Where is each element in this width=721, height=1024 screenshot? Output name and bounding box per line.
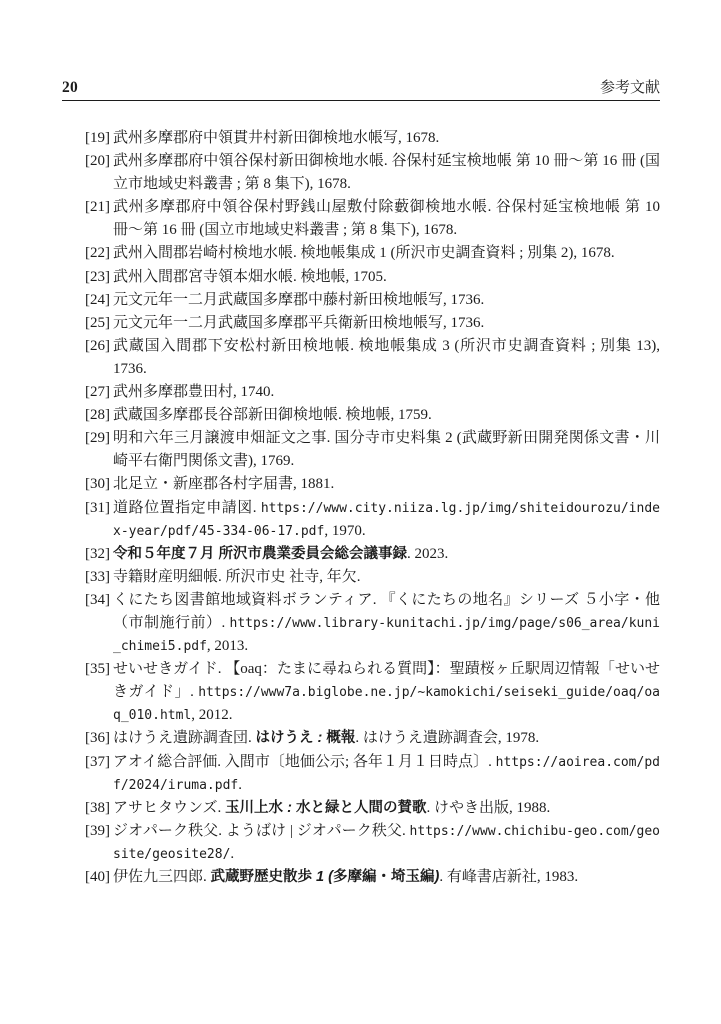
reference-item: [33] 寺籍財産明細帳. 所沢市史 社寺, 年欠. <box>85 566 660 589</box>
reference-number: [39] <box>85 820 110 843</box>
reference-text-segment: 概報 <box>326 730 355 746</box>
reference-text-segment: 武州入間郡宮寺領本畑水帳. 検地帳, 1705. <box>113 269 387 285</box>
reference-text-segment: 1 ( <box>312 869 333 885</box>
reference-text: 武州多摩郡府中領谷保村野銭山屋敷付除藪御検地水帳. 谷保村延宝検地帳 第 10 … <box>113 199 660 238</box>
reference-number: [25] <box>85 312 110 335</box>
reference-item: [38] アサヒタウンズ. 玉川上水 : 水と緑と人間の賛歌. けやき出版, 1… <box>85 797 660 820</box>
reference-item: [34] くにたち図書館地域資料ボランティア. 『くにたちの地名』シリーズ ５小… <box>85 589 660 658</box>
reference-text-segment: . けやき出版, 1988. <box>426 800 550 816</box>
reference-item: [32] 令和５年度７月 所沢市農業委員会総会議事録. 2023. <box>85 543 660 566</box>
reference-item: [29] 明和六年三月譲渡申畑証文之事. 国分寺市史料集 2 (武蔵野新田開発関… <box>85 427 660 473</box>
reference-text-segment: 武蔵野歴史散歩 <box>211 869 313 885</box>
reference-text-segment: 玉川上水 <box>225 800 283 816</box>
reference-number: [23] <box>85 266 110 289</box>
reference-text: 明和六年三月譲渡申畑証文之事. 国分寺市史料集 2 (武蔵野新田開発関係文書・川… <box>113 430 660 469</box>
reference-text-segment: , 2012. <box>191 707 232 723</box>
reference-number: [21] <box>85 196 110 219</box>
reference-number: [31] <box>85 497 110 520</box>
reference-text-segment: 元文元年一二月武蔵国多摩郡中藤村新田検地帳写, 1736. <box>113 292 484 308</box>
reference-number: [38] <box>85 797 110 820</box>
reference-text: くにたち図書館地域資料ボランティア. 『くにたちの地名』シリーズ ５小字・他（市… <box>113 592 660 654</box>
reference-text-segment: 武州多摩郡府中領谷保村新田御検地水帳. 谷保村延宝検地帳 第 10 冊〜第 16… <box>113 153 660 192</box>
reference-number: [33] <box>85 566 110 589</box>
reference-item: [25] 元文元年一二月武蔵国多摩郡平兵衛新田検地帳写, 1736. <box>85 312 660 335</box>
reference-number: [32] <box>85 543 110 566</box>
reference-text: 武蔵国多摩郡長谷部新田御検地帳. 検地帳, 1759. <box>113 407 432 423</box>
reference-text-segment: 武州入間郡岩崎村検地水帳. 検地帳集成 1 (所沢市史調査資料 ; 別集 2),… <box>113 245 615 261</box>
reference-text-segment: 武州多摩郡豊田村, 1740. <box>113 384 274 400</box>
reference-number: [24] <box>85 289 110 312</box>
page-number: 20 <box>62 79 78 97</box>
reference-text-segment: アオイ総合評価. 入間市〔地価公示; 各年１月１日時点〕. <box>113 754 496 770</box>
reference-text-segment: . 有峰書店新社, 1983. <box>439 869 578 885</box>
reference-text: 伊佐九三四郎. 武蔵野歴史散歩 1 (多摩編・埼玉編). 有峰書店新社, 198… <box>113 869 578 885</box>
reference-number: [19] <box>85 127 110 150</box>
reference-text-segment: はけうえ遺跡調査団. <box>113 730 256 746</box>
reference-item: [28] 武蔵国多摩郡長谷部新田御検地帳. 検地帳, 1759. <box>85 404 660 427</box>
reference-number: [37] <box>85 751 110 774</box>
reference-item: [19] 武州多摩郡府中領貫井村新田御検地水帳写, 1678. <box>85 127 660 150</box>
reference-number: [26] <box>85 335 110 358</box>
reference-item: [23] 武州入間郡宮寺領本畑水帳. 検地帳, 1705. <box>85 266 660 289</box>
reference-item: [37] アオイ総合評価. 入間市〔地価公示; 各年１月１日時点〕. https… <box>85 751 660 797</box>
reference-text-segment: . <box>230 846 234 862</box>
reference-text-segment: 武蔵国多摩郡長谷部新田御検地帳. 検地帳, 1759. <box>113 407 432 423</box>
reference-number: [30] <box>85 473 110 496</box>
reference-number: [20] <box>85 150 110 173</box>
reference-item: [27] 武州多摩郡豊田村, 1740. <box>85 381 660 404</box>
reference-text-segment: はけうえ <box>256 730 314 746</box>
reference-text: 元文元年一二月武蔵国多摩郡中藤村新田検地帳写, 1736. <box>113 292 484 308</box>
reference-number: [22] <box>85 242 110 265</box>
reference-number: [36] <box>85 727 110 750</box>
reference-item: [26] 武蔵国入間郡下安松村新田検地帳. 検地帳集成 3 (所沢市史調査資料 … <box>85 335 660 381</box>
reference-item: [20] 武州多摩郡府中領谷保村新田御検地水帳. 谷保村延宝検地帳 第 10 冊… <box>85 150 660 196</box>
reference-text: 武州多摩郡府中領貫井村新田御検地水帳写, 1678. <box>113 130 439 146</box>
reference-text: アサヒタウンズ. 玉川上水 : 水と緑と人間の賛歌. けやき出版, 1988. <box>113 800 550 816</box>
reference-text-segment: 武州多摩郡府中領貫井村新田御検地水帳写, 1678. <box>113 130 439 146</box>
reference-text: 武州多摩郡府中領谷保村新田御検地水帳. 谷保村延宝検地帳 第 10 冊〜第 16… <box>113 153 660 192</box>
reference-text: 武蔵国入間郡下安松村新田検地帳. 検地帳集成 3 (所沢市史調査資料 ; 別集 … <box>113 338 660 377</box>
reference-text: 武州入間郡宮寺領本畑水帳. 検地帳, 1705. <box>113 269 387 285</box>
reference-item: [21] 武州多摩郡府中領谷保村野銭山屋敷付除藪御検地水帳. 谷保村延宝検地帳 … <box>85 196 660 242</box>
reference-text-segment: , 1970. <box>324 523 365 539</box>
reference-item: [22] 武州入間郡岩崎村検地水帳. 検地帳集成 1 (所沢市史調査資料 ; 別… <box>85 242 660 265</box>
reference-text-segment: 水と緑と人間の賛歌 <box>296 800 427 816</box>
reference-text-segment: : <box>314 730 327 746</box>
reference-text-segment: 伊佐九三四郎. <box>113 869 211 885</box>
references-list: [19] 武州多摩郡府中領貫井村新田御検地水帳写, 1678. [20] 武州多… <box>62 127 660 889</box>
header-title: 参考文献 <box>600 76 660 97</box>
reference-text-segment: . 2023. <box>407 546 448 562</box>
reference-text-segment: 道路位置指定申請図. <box>113 500 261 516</box>
reference-number: [29] <box>85 427 110 450</box>
reference-text: 令和５年度７月 所沢市農業委員会総会議事録. 2023. <box>113 546 448 562</box>
reference-text-segment: 北足立・新座郡各村字届書, 1881. <box>113 476 334 492</box>
reference-text-segment: 多摩編・埼玉編 <box>333 869 435 885</box>
reference-text-segment: : <box>283 800 296 816</box>
reference-text: 元文元年一二月武蔵国多摩郡平兵衛新田検地帳写, 1736. <box>113 315 484 331</box>
reference-text-segment: 元文元年一二月武蔵国多摩郡平兵衛新田検地帳写, 1736. <box>113 315 484 331</box>
reference-text-segment: 明和六年三月譲渡申畑証文之事. 国分寺市史料集 2 (武蔵野新田開発関係文書・川… <box>113 430 660 469</box>
reference-number: [27] <box>85 381 110 404</box>
reference-text: 武州入間郡岩崎村検地水帳. 検地帳集成 1 (所沢市史調査資料 ; 別集 2),… <box>113 245 615 261</box>
reference-number: [35] <box>85 658 110 681</box>
reference-text-segment: . はけうえ遺跡調査会, 1978. <box>355 730 539 746</box>
reference-text-segment: アサヒタウンズ. <box>113 800 225 816</box>
reference-text: 北足立・新座郡各村字届書, 1881. <box>113 476 334 492</box>
reference-number: [40] <box>85 866 110 889</box>
reference-number: [28] <box>85 404 110 427</box>
reference-text: はけうえ遺跡調査団. はけうえ : 概報. はけうえ遺跡調査会, 1978. <box>113 730 539 746</box>
reference-text-segment: . <box>238 777 242 793</box>
running-header: 20 参考文献 <box>62 76 660 101</box>
reference-number: [34] <box>85 589 110 612</box>
reference-item: [24] 元文元年一二月武蔵国多摩郡中藤村新田検地帳写, 1736. <box>85 289 660 312</box>
reference-item: [39] ジオパーク秩父. ようばけ | ジオパーク秩父. https://ww… <box>85 820 660 866</box>
reference-text-segment: 令和５年度７月 所沢市農業委員会総会議事録 <box>113 546 407 562</box>
reference-text: せいせきガイド. 【oaq：たまに尋ねられる質問】：聖蹟桜ヶ丘駅周辺情報「せいせ… <box>113 661 660 723</box>
reference-text-segment: ジオパーク秩父. ようばけ | ジオパーク秩父. <box>113 823 410 839</box>
reference-item: [35] せいせきガイド. 【oaq：たまに尋ねられる質問】：聖蹟桜ヶ丘駅周辺情… <box>85 658 660 727</box>
bibliography-page: 20 参考文献 [19] 武州多摩郡府中領貫井村新田御検地水帳写, 1678. … <box>0 0 721 1024</box>
reference-item: [31] 道路位置指定申請図. https://www.city.niiza.l… <box>85 497 660 543</box>
reference-text-segment: 武州多摩郡府中領谷保村野銭山屋敷付除藪御検地水帳. 谷保村延宝検地帳 第 10 … <box>113 199 660 238</box>
reference-text: ジオパーク秩父. ようばけ | ジオパーク秩父. https://www.chi… <box>113 823 660 862</box>
reference-text-segment: 武蔵国入間郡下安松村新田検地帳. 検地帳集成 3 (所沢市史調査資料 ; 別集 … <box>113 338 660 377</box>
reference-text-segment: , 2013. <box>207 638 248 654</box>
reference-item: [30] 北足立・新座郡各村字届書, 1881. <box>85 473 660 496</box>
reference-text: 寺籍財産明細帳. 所沢市史 社寺, 年欠. <box>113 569 361 585</box>
reference-text: 道路位置指定申請図. https://www.city.niiza.lg.jp/… <box>113 500 660 539</box>
reference-text-segment: 寺籍財産明細帳. 所沢市史 社寺, 年欠. <box>113 569 361 585</box>
reference-text: アオイ総合評価. 入間市〔地価公示; 各年１月１日時点〕. https://ao… <box>113 754 660 793</box>
reference-item: [40] 伊佐九三四郎. 武蔵野歴史散歩 1 (多摩編・埼玉編). 有峰書店新社… <box>85 866 660 889</box>
reference-item: [36] はけうえ遺跡調査団. はけうえ : 概報. はけうえ遺跡調査会, 19… <box>85 727 660 750</box>
reference-text: 武州多摩郡豊田村, 1740. <box>113 384 274 400</box>
